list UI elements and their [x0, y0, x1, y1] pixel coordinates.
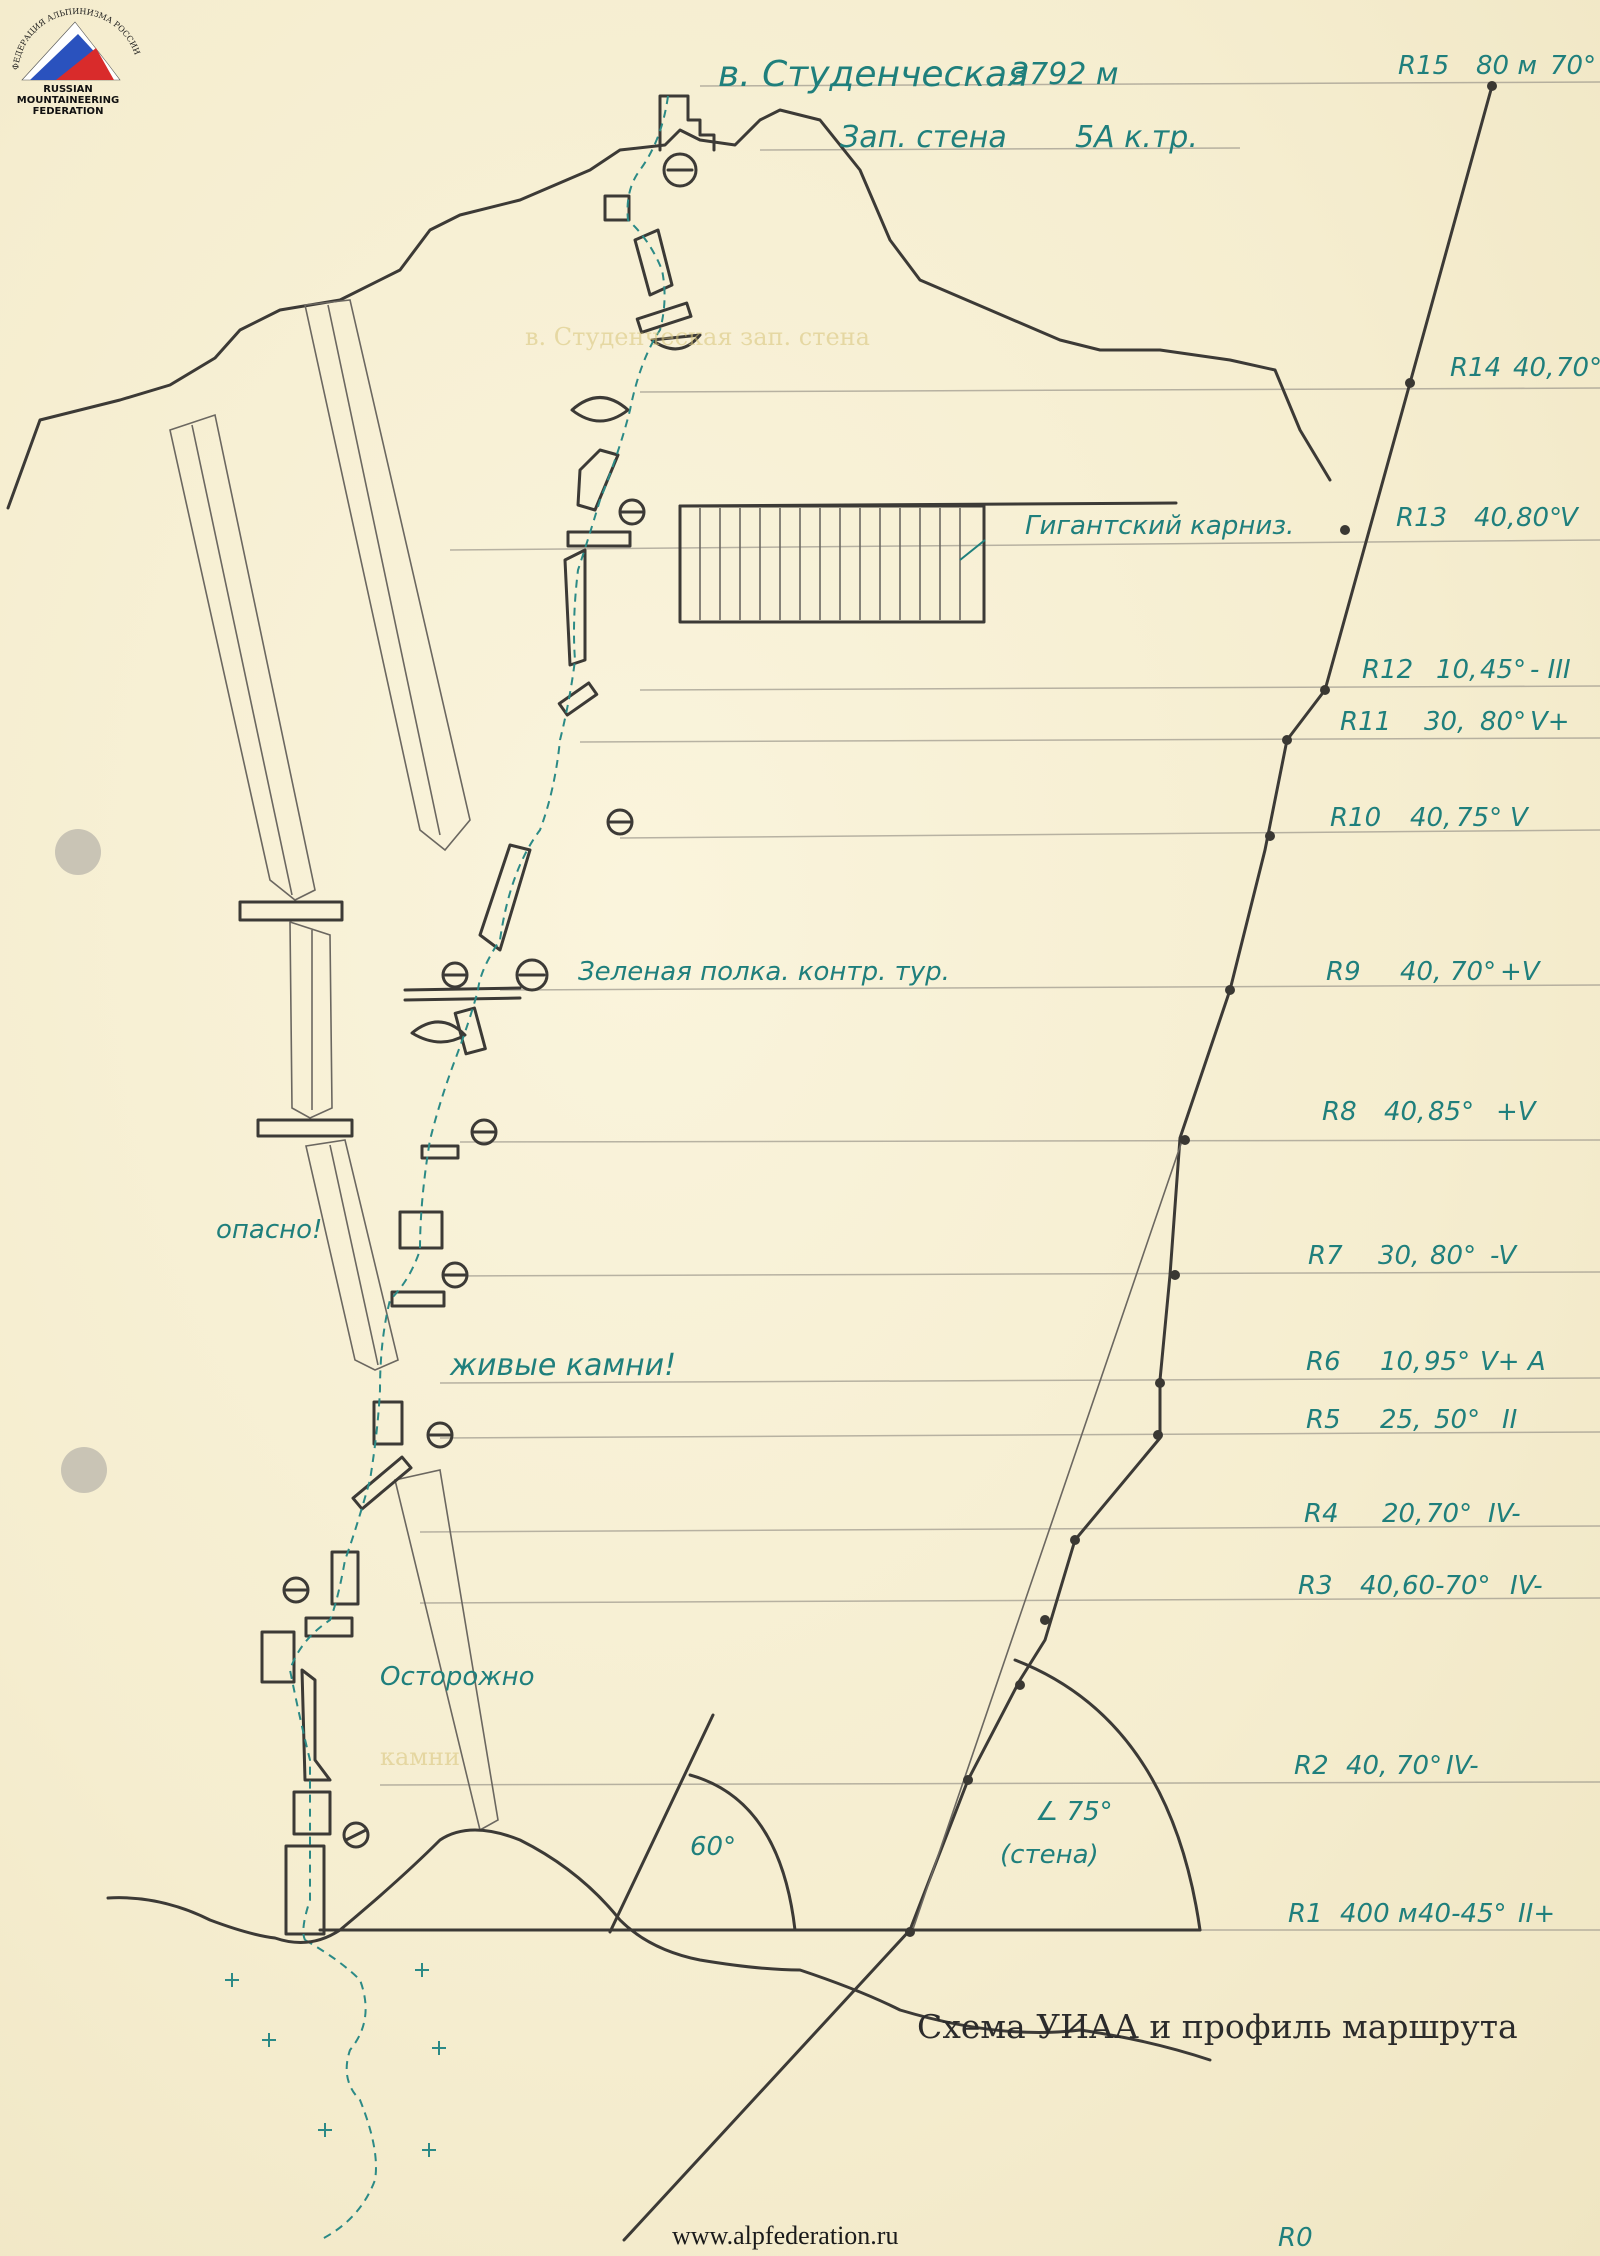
- svg-text:10,: 10,: [1436, 655, 1477, 685]
- pitch-row-r0: R0: [1278, 2223, 1313, 2253]
- svg-text:40,: 40,: [1513, 353, 1554, 383]
- green-shelf-label: Зеленая полка. контр. тур.: [578, 957, 950, 987]
- danger-label: опасно!: [216, 1215, 322, 1245]
- svg-text:R13: R13: [1396, 503, 1447, 533]
- bleed-through-small: камни: [380, 1743, 460, 1771]
- logo-line-2: MOUNTAINEERING: [17, 95, 119, 106]
- pitch-table: R1580 м70° R1440,70° R1340,80°V R1210,45…: [1278, 51, 1600, 2253]
- svg-text:40,: 40,: [1474, 503, 1515, 533]
- svg-text:R10: R10: [1330, 803, 1381, 833]
- svg-text:80°: 80°: [1516, 503, 1562, 533]
- svg-text:V: V: [1510, 803, 1530, 833]
- pitch-row-r13: R1340,80°V: [1396, 503, 1580, 533]
- pitch-row-r15: R1580 м70°: [1398, 51, 1596, 81]
- angle-60-line: [610, 1715, 713, 1932]
- svg-text:- III: - III: [1530, 655, 1571, 685]
- punch-hole: [55, 829, 101, 875]
- svg-text:25,: 25,: [1380, 1405, 1421, 1435]
- pitch-row-r8: R840,85°+V: [1322, 1097, 1538, 1127]
- svg-text:R11: R11: [1340, 707, 1391, 737]
- pitch-row-r9: R940,70°+V: [1326, 957, 1542, 987]
- svg-text:80 м: 80 м: [1476, 51, 1537, 81]
- svg-text:V+ A: V+ A: [1480, 1347, 1546, 1377]
- svg-text:75°: 75°: [1456, 803, 1502, 833]
- wall-angle-sublabel: (стена): [1000, 1840, 1099, 1870]
- caption: Схема УИАА и профиль маршрута: [917, 2007, 1518, 2046]
- logo-line-1: RUSSIAN: [43, 84, 93, 95]
- caution-label: Осторожно: [380, 1662, 535, 1692]
- svg-text:10,: 10,: [1380, 1347, 1421, 1377]
- svg-text:70°: 70°: [1426, 1499, 1472, 1529]
- svg-text:400 м: 400 м: [1340, 1899, 1418, 1929]
- svg-text:40,: 40,: [1346, 1751, 1387, 1781]
- punch-hole: [61, 1447, 107, 1493]
- svg-text:80°: 80°: [1480, 707, 1526, 737]
- svg-text:70°: 70°: [1396, 1751, 1442, 1781]
- route-diagram: в. Студенческая 3792 м Зап. стена 5А к.т…: [0, 0, 1600, 2256]
- pitch-row-r5: R525,50°II: [1306, 1405, 1517, 1435]
- federation-logo: ФЕДЕРАЦИЯ АЛЬПИНИЗМА РОССИИ RUSSIAN MOUN…: [11, 7, 142, 117]
- peak-name: в. Студенческая: [718, 54, 1029, 95]
- svg-text:40,: 40,: [1384, 1097, 1425, 1127]
- svg-text:R4: R4: [1304, 1499, 1339, 1529]
- svg-text:R3: R3: [1298, 1571, 1333, 1601]
- svg-text:IV-: IV-: [1446, 1751, 1479, 1781]
- pitch-row-r3: R340,60-70°IV-: [1298, 1571, 1543, 1601]
- scree-marks: [225, 1963, 446, 2157]
- svg-text:R0: R0: [1278, 2223, 1313, 2253]
- svg-text:R2: R2: [1294, 1751, 1329, 1781]
- svg-text:R9: R9: [1326, 957, 1361, 987]
- approach-angle-label: 60°: [690, 1832, 736, 1862]
- svg-text:40,: 40,: [1400, 957, 1441, 987]
- couloirs: [170, 300, 498, 1830]
- pitch-row-r2: R240,70°IV-: [1294, 1751, 1479, 1781]
- svg-text:R14: R14: [1450, 353, 1501, 383]
- svg-text:30,: 30,: [1424, 707, 1465, 737]
- pitch-row-r11: R1130,80°V+: [1340, 707, 1570, 737]
- svg-text:IV-: IV-: [1510, 1571, 1543, 1601]
- svg-text:50°: 50°: [1434, 1405, 1480, 1435]
- route-name: Зап. стена: [840, 120, 1007, 155]
- svg-text:IV-: IV-: [1488, 1499, 1521, 1529]
- svg-text:II: II: [1502, 1405, 1517, 1435]
- svg-text:R6: R6: [1306, 1347, 1341, 1377]
- svg-text:-V: -V: [1490, 1241, 1518, 1271]
- pitch-lines: [320, 82, 1600, 1930]
- svg-text:V+: V+: [1530, 707, 1570, 737]
- svg-text:70°: 70°: [1450, 957, 1496, 987]
- svg-text:R7: R7: [1308, 1241, 1343, 1271]
- svg-text:95°: 95°: [1424, 1347, 1470, 1377]
- website-url[interactable]: www.alpfederation.ru: [672, 2221, 898, 2250]
- pitch-row-r7: R730,80°-V: [1308, 1241, 1518, 1271]
- svg-text:II+: II+: [1518, 1899, 1555, 1929]
- svg-text:60-70°: 60-70°: [1402, 1571, 1491, 1601]
- svg-text:V: V: [1560, 503, 1580, 533]
- pitch-row-r1: R1400 м40-45°II+: [1288, 1899, 1555, 1929]
- pitch-row-r14: R1440,70°: [1450, 353, 1600, 383]
- loose-rocks-label: живые камни!: [449, 1348, 676, 1383]
- logo-line-3: FEDERATION: [33, 106, 104, 117]
- svg-text:20,: 20,: [1382, 1499, 1423, 1529]
- svg-text:40-45°: 40-45°: [1418, 1899, 1507, 1929]
- svg-text:40,: 40,: [1410, 803, 1451, 833]
- svg-text:R1: R1: [1288, 1899, 1323, 1929]
- svg-text:30,: 30,: [1378, 1241, 1419, 1271]
- pitch-row-r12: R1210,45°- III: [1362, 655, 1571, 685]
- svg-text:80°: 80°: [1430, 1241, 1476, 1271]
- approach-path: [305, 1940, 376, 2240]
- svg-text:R5: R5: [1306, 1405, 1341, 1435]
- svg-text:45°: 45°: [1480, 655, 1526, 685]
- svg-text:+V: +V: [1500, 957, 1542, 987]
- svg-text:R8: R8: [1322, 1097, 1357, 1127]
- angle-75-arc: [1015, 1660, 1200, 1930]
- svg-text:85°: 85°: [1428, 1097, 1474, 1127]
- bleed-through-text: в. Студенческая зап. стена: [525, 323, 870, 351]
- svg-text:70°: 70°: [1556, 353, 1600, 383]
- bolt-symbols: [284, 154, 696, 1847]
- svg-text:R12: R12: [1362, 655, 1413, 685]
- route-grade: 5А к.тр.: [1075, 120, 1198, 155]
- svg-text:R15: R15: [1398, 51, 1449, 81]
- pitch-row-r10: R1040,75°V: [1330, 803, 1530, 833]
- cornice-label: Гигантский карниз.: [1025, 511, 1294, 541]
- svg-text:+V: +V: [1496, 1097, 1538, 1127]
- pitch-row-r4: R420,70°IV-: [1304, 1499, 1521, 1529]
- pitch-row-r6: R610,95°V+ A: [1306, 1347, 1546, 1377]
- svg-text:40,: 40,: [1360, 1571, 1401, 1601]
- svg-text:70°: 70°: [1550, 51, 1596, 81]
- wall-angle-label: ∠ 75°: [1035, 1797, 1113, 1827]
- peak-altitude: 3792 м: [1010, 57, 1119, 92]
